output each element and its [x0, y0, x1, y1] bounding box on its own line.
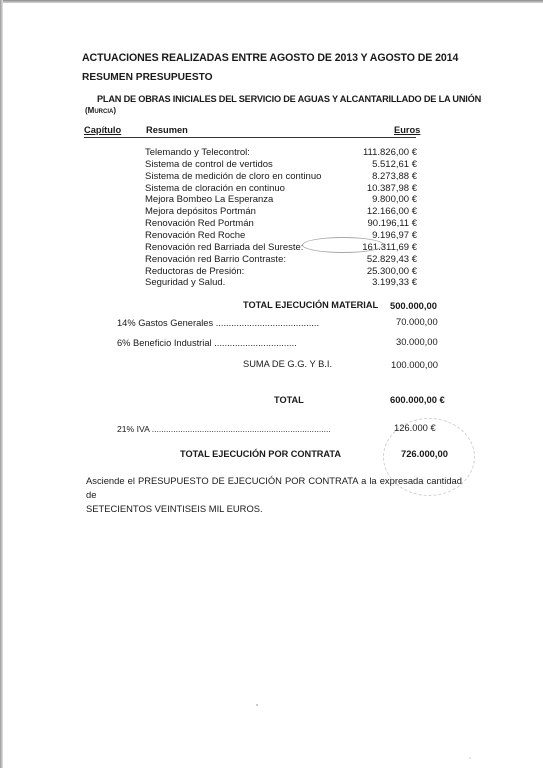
suma-gg-bi-label: SUMA DE G.G. Y B.I. — [243, 359, 332, 369]
budget-item-value: 3.199,33 € — [372, 277, 417, 288]
budget-item-value: 9.196,97 € — [372, 230, 417, 241]
budget-item-row: Renovación Red Roche9.196,97 € — [145, 230, 445, 242]
budget-item-value: 5.512,61 € — [372, 159, 417, 170]
budget-item-value: 90.196,11 € — [368, 218, 417, 229]
header-rule — [84, 137, 416, 138]
budget-item-label: Mejora depósitos Portmán — [145, 206, 256, 217]
closing-line-2: SETECIENTOS VEINTISEIS MIL EUROS. — [86, 503, 263, 514]
budget-item-value: 52.829,43 € — [367, 254, 417, 265]
budget-item-row: Renovación Red Portmán90.196,11 € — [145, 218, 445, 230]
total-material-value: 500.000,00 — [390, 300, 437, 311]
closing-paragraph: Asciende el PRESUPUESTO DE EJECUCIÓN POR… — [86, 474, 462, 516]
budget-item-label: Mejora Bombeo La Esperanza — [145, 194, 273, 205]
scan-edge-left — [0, 0, 3, 768]
budget-item-row: Mejora Bombeo La Esperanza9.800,00 € — [145, 194, 445, 206]
beneficio-label: 6% Beneficio Industrial ................… — [117, 338, 297, 348]
closing-line-1: Asciende el PRESUPUESTO DE EJECUCIÓN POR… — [86, 474, 462, 502]
iva-value: 126.000 € — [394, 422, 436, 433]
budget-item-label: Seguridad y Salud. — [145, 277, 225, 288]
budget-item-label: Sistema de control de vertidos — [145, 159, 273, 170]
budget-item-value: 111.826,00 € — [363, 147, 417, 158]
gastos-generales-value: 70.000,00 — [396, 316, 438, 327]
budget-item-value: 9.800,00 € — [372, 194, 417, 205]
budget-item-label: Renovación red Barrio Contraste: — [145, 254, 286, 265]
scan-edge-top — [0, 0, 543, 3]
header-resumen: Resumen — [146, 125, 188, 135]
budget-item-row: Reductoras de Presión:25.300,00 € — [145, 266, 445, 278]
plan-location: (Murcia) — [85, 106, 116, 115]
header-capitulo: Capítulo — [84, 125, 121, 135]
budget-item-label: Telemando y Telecontrol: — [145, 147, 250, 158]
scan-speck — [256, 704, 258, 706]
budget-item-label: Reductoras de Presión: — [145, 266, 244, 277]
budget-item-value: 12.166,00 € — [367, 206, 417, 217]
total-label: TOTAL — [274, 395, 304, 405]
budget-item-row: Sistema de medición de cloro en continuo… — [145, 171, 445, 183]
budget-item-label: Sistema de medición de cloro en continuo — [145, 171, 321, 182]
budget-item-label: Renovación Red Roche — [145, 230, 245, 241]
budget-item-label: Sistema de cloración en continuo — [145, 183, 285, 194]
budget-item-label: Renovación red Barriada del Sureste: — [145, 242, 303, 253]
budget-item-label: Renovación Red Portmán — [145, 218, 254, 229]
budget-item-value: 10.387,98 € — [367, 183, 417, 194]
gastos-generales-label: 14% Gastos Generales ...................… — [117, 318, 319, 328]
budget-item-row: Mejora depósitos Portmán12.166,00 € — [145, 206, 445, 218]
document-subtitle: RESUMEN PRESUPUESTO — [82, 72, 213, 83]
budget-item-value: 25.300,00 € — [367, 266, 417, 277]
iva-label: 21% IVA ................................… — [117, 424, 331, 434]
handwritten-circle-mark — [302, 237, 384, 253]
budget-item-row: Seguridad y Salud.3.199,33 € — [145, 277, 445, 289]
header-euros: Euros — [394, 125, 420, 135]
total-material-label: TOTAL EJECUCIÓN MATERIAL — [243, 300, 378, 310]
budget-item-row: Renovación red Barrio Contraste:52.829,4… — [145, 254, 445, 266]
plan-title: PLAN DE OBRAS INICIALES DEL SERVICIO DE … — [97, 94, 481, 104]
document-title: ACTUACIONES REALIZADAS ENTRE AGOSTO DE 2… — [82, 52, 458, 64]
budget-item-row: Renovación red Barriada del Sureste:161.… — [145, 242, 445, 254]
budget-item-row: Telemando y Telecontrol:111.826,00 € — [145, 147, 445, 159]
budget-item-row: Sistema de cloración en continuo10.387,9… — [145, 183, 445, 195]
scan-speck — [469, 757, 471, 759]
budget-item-value: 8.273,88 € — [372, 171, 417, 182]
total-contrata-value: 726.000,00 — [401, 448, 448, 459]
beneficio-value: 30.000,00 — [396, 336, 438, 347]
total-contrata-label: TOTAL EJECUCIÓN POR CONTRATA — [180, 449, 341, 459]
total-value: 600.000,00 € — [390, 394, 445, 405]
budget-item-row: Sistema de control de vertidos5.512,61 € — [145, 159, 445, 171]
suma-gg-bi-value: 100.000,00 — [391, 359, 438, 370]
